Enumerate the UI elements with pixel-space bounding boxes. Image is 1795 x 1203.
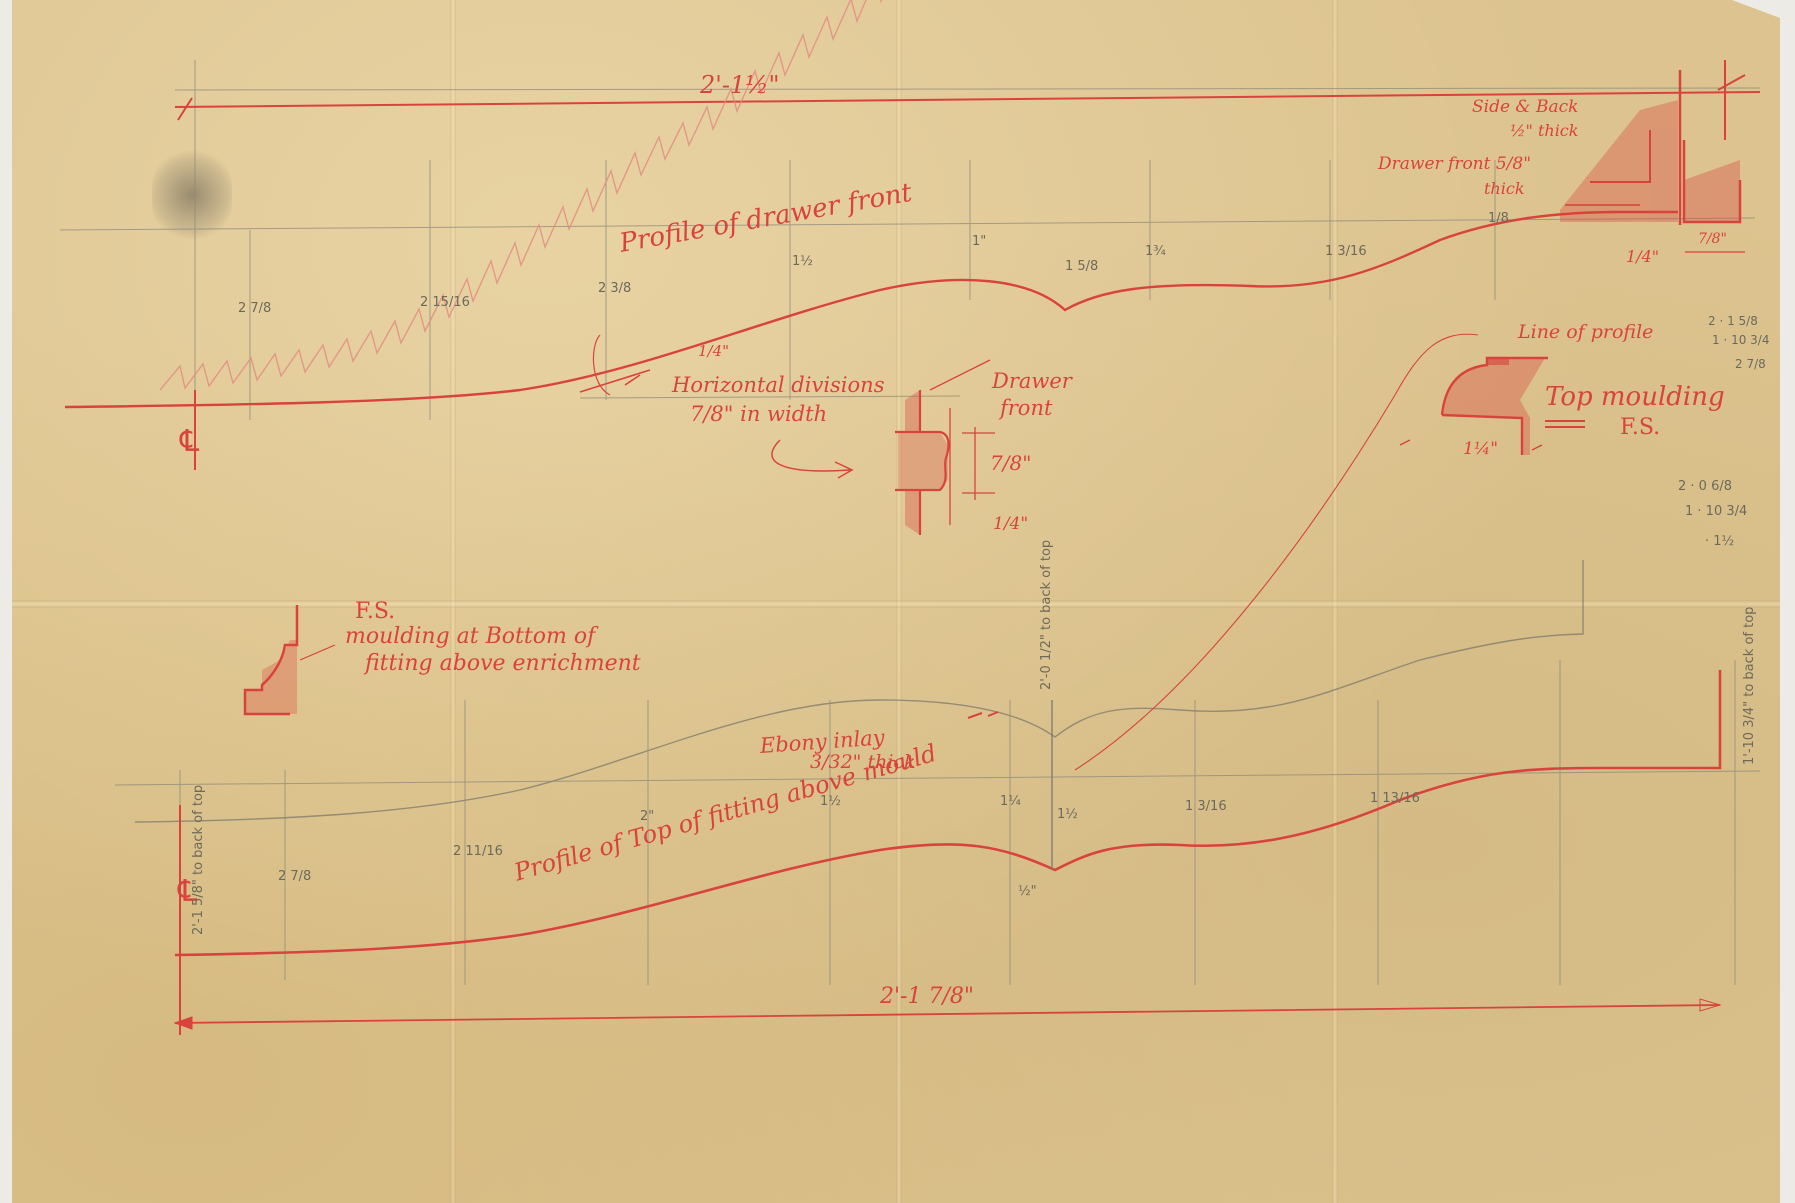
grid-label: 1¾ xyxy=(1145,245,1166,259)
drawer-front-label-line2: front xyxy=(1000,397,1052,420)
calculation-note: · 1½ xyxy=(1705,535,1734,549)
horizontal-divisions-note-line1: Horizontal divisions xyxy=(672,374,884,397)
horizontal-divisions-note-line2: 7/8" in width xyxy=(690,403,827,426)
top-of-fitting-profile xyxy=(175,670,1720,955)
calculation-note: 2 · 0 6/8 xyxy=(1678,480,1732,494)
grid-label: 1½ xyxy=(792,255,813,269)
top-moulding-dimension: 1¼" xyxy=(1463,440,1498,459)
calculation-note: 2 · 1 5/8 xyxy=(1708,315,1758,328)
red-dimension-lines xyxy=(175,92,1760,1035)
grid-label: 1 5/8 xyxy=(1065,260,1098,274)
centerline-symbol-upper: ℄ xyxy=(180,425,199,458)
grid-label: 1¼ xyxy=(1000,795,1021,809)
grid-label: 1½ xyxy=(1057,808,1078,822)
grid-label: 2" xyxy=(640,810,654,824)
right-vertical-dimension-note: 1'-10 3/4" to back of top xyxy=(1743,607,1757,765)
drawer-front-thickness-line1: Drawer front 5/8" xyxy=(1378,155,1531,174)
grid-label: ½" xyxy=(1018,885,1037,899)
grid-label: 1 3/16 xyxy=(1325,245,1367,259)
center-vertical-dimension-note: 2'-0 1/2" to back of top xyxy=(1040,540,1054,690)
grid-label: 1/8 xyxy=(1488,212,1509,226)
drawer-front-section xyxy=(580,335,995,535)
grid-label: 2 7/8 xyxy=(278,870,311,884)
overall-dimension-lower: 2'-1 7/8" xyxy=(880,985,974,1009)
drawer-front-offset-dimension: 1/4" xyxy=(993,515,1028,534)
bottom-moulding-section xyxy=(245,605,335,714)
bottom-moulding-label-line1: moulding at Bottom of xyxy=(345,625,595,649)
small-dimension: 1/4" xyxy=(698,343,729,360)
bottom-moulding-label-line2: fitting above enrichment xyxy=(365,652,641,676)
grid-label: 1 13/16 xyxy=(1370,792,1420,806)
overall-dimension-upper: 2'-1½" xyxy=(700,72,780,98)
bottom-moulding-scale: F.S. xyxy=(355,600,395,624)
corner-width-dimension: 7/8" xyxy=(1698,232,1727,247)
grid-label: 1 3/16 xyxy=(1185,800,1227,814)
side-and-back-label-line1: Side & Back xyxy=(1472,98,1578,117)
calculation-note: 1 · 10 3/4 xyxy=(1712,334,1769,347)
top-moulding-scale: F.S. xyxy=(1620,416,1660,440)
corner-quarter-inch-dimension: 1/4" xyxy=(1626,248,1659,266)
calculation-note: 2 7/8 xyxy=(1735,358,1766,371)
grid-label: 1½ xyxy=(820,795,841,809)
side-and-back-label-line2: ½" thick xyxy=(1510,122,1578,140)
grid-label: 1" xyxy=(972,235,986,249)
top-moulding-section xyxy=(1075,334,1585,770)
grid-label: 2 3/8 xyxy=(598,282,631,296)
grid-label: 2 15/16 xyxy=(420,296,470,310)
left-vertical-dimension-note: 2'-1 5/8" to back of top xyxy=(192,785,206,935)
grid-label: 2 7/8 xyxy=(238,302,271,316)
drawer-front-thickness-line2: thick xyxy=(1484,180,1525,198)
grid-label: 2 11/16 xyxy=(453,845,503,859)
line-of-profile-label: Line of profile xyxy=(1518,322,1653,343)
drawer-front-height-dimension: 7/8" xyxy=(990,452,1031,474)
corner-hatch-fill xyxy=(1560,100,1740,222)
drawer-front-label-line1: Drawer xyxy=(992,370,1072,393)
top-moulding-title: Top moulding xyxy=(1545,383,1725,412)
calculation-note: 1 · 10 3/4 xyxy=(1685,505,1747,519)
